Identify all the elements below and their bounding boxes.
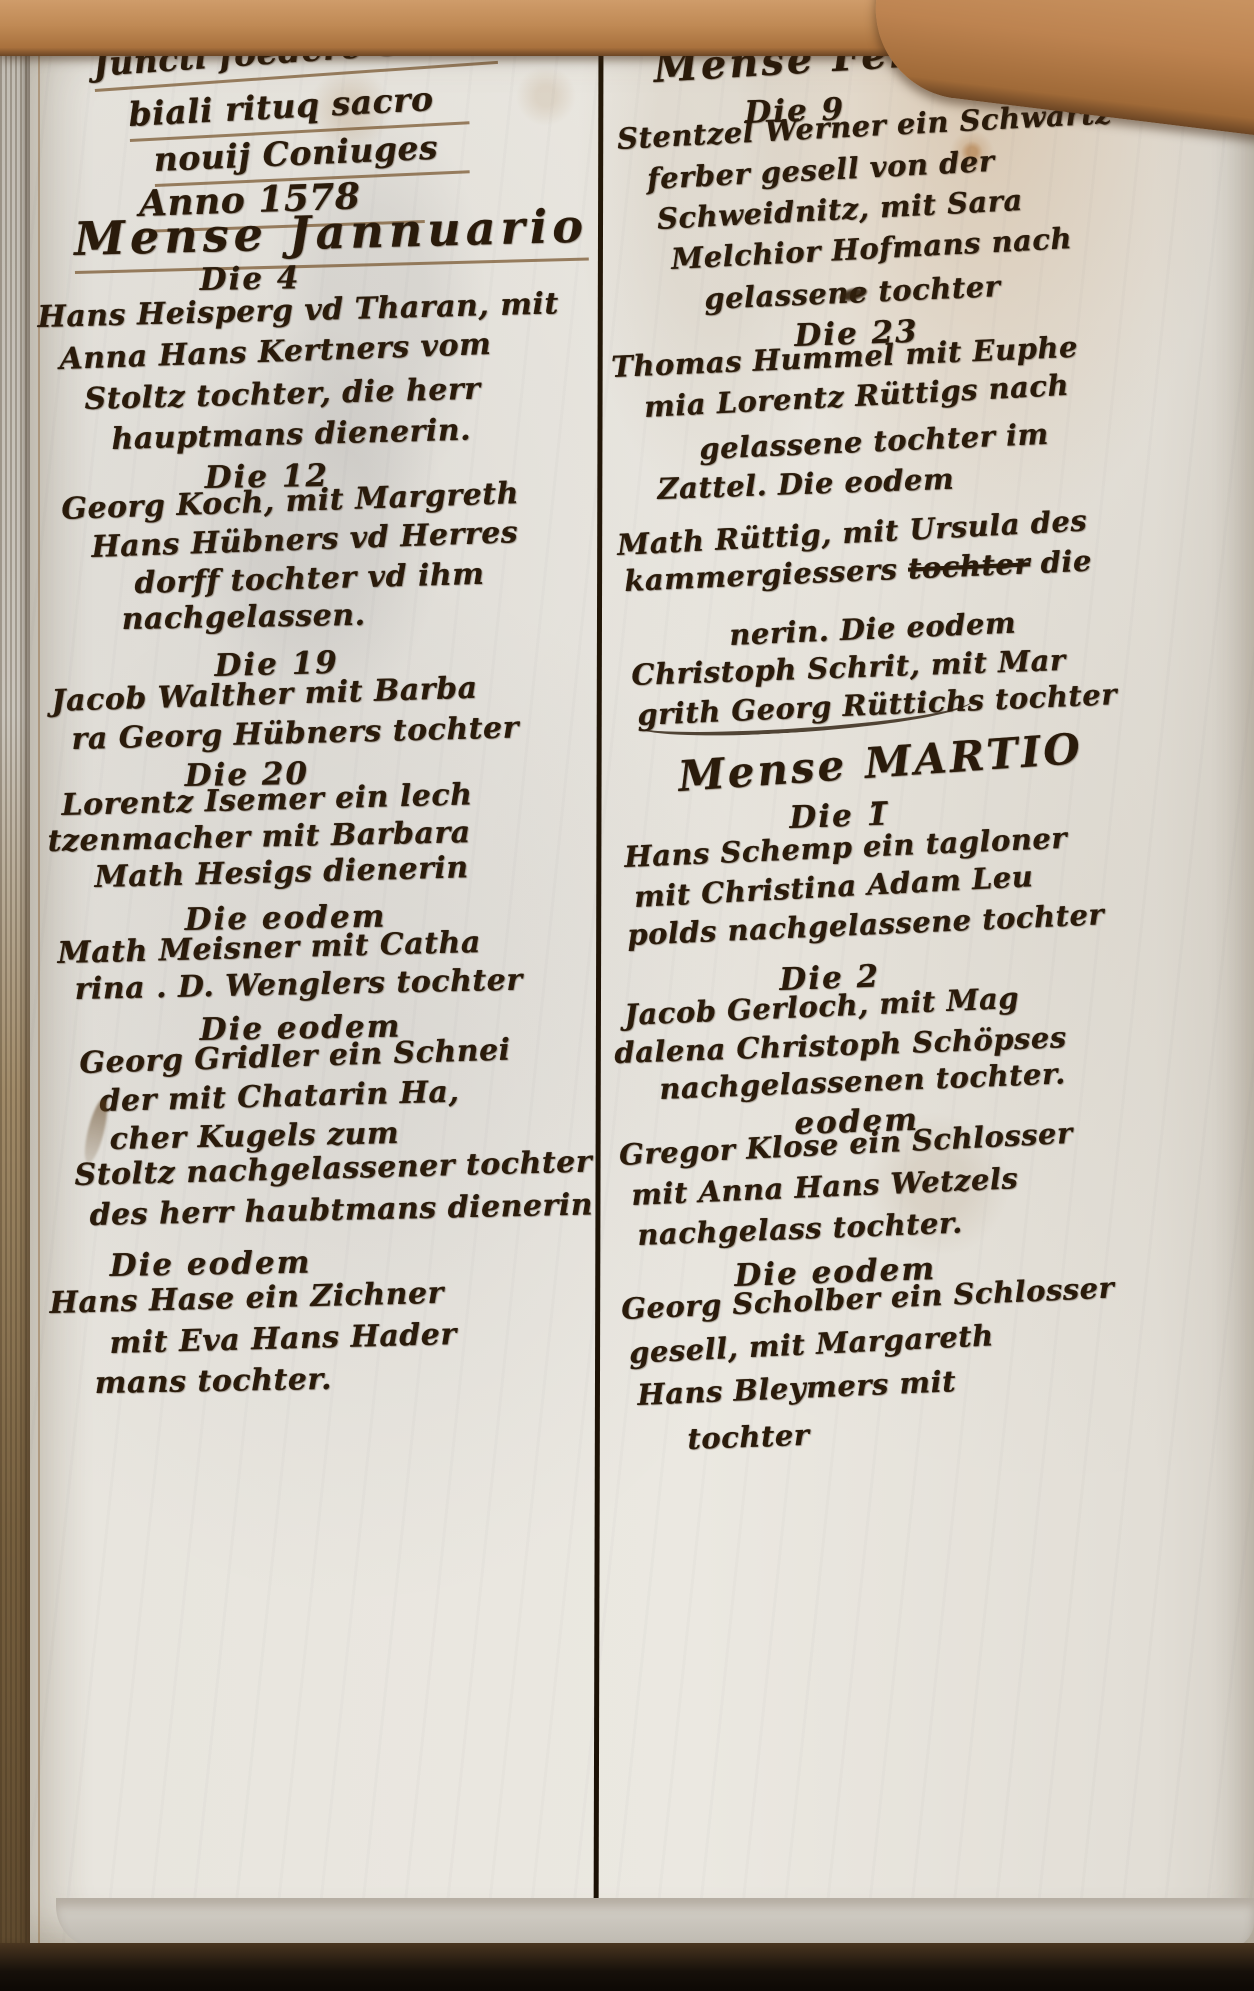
- book-cover-bottom-edge: [0, 1943, 1254, 1991]
- manuscript-line: dorff tochter vd ihm: [134, 557, 485, 601]
- manuscript-line: des herr haubtmans dienerin: [89, 1187, 593, 1233]
- manuscript-line: Jacob Walther mit Barba: [51, 671, 478, 719]
- manuscript-line: der mit Chatarin Ha,: [99, 1075, 460, 1119]
- manuscript-line: ra Georg Hübners tochter: [71, 710, 519, 757]
- manuscript-line: Zattel. Die eodem: [657, 462, 955, 506]
- manuscript-photo: Juncti foedere Connubiali rituq sacronou…: [0, 0, 1254, 1991]
- column-left-january: Juncti foedere Connubiali rituq sacronou…: [30, 30, 595, 1950]
- manuscript-line: mit Anna Hans Wetzels: [631, 1161, 1019, 1212]
- manuscript-line: nerin. Die eodem: [729, 606, 1017, 652]
- manuscript-line: hauptmans dienerin.: [111, 413, 471, 457]
- date-heading: Die 4: [199, 260, 300, 298]
- manuscript-line: Stoltz tochter, die herr: [84, 372, 481, 417]
- manuscript-line: mans tochter.: [94, 1362, 332, 1401]
- month-heading: Mense MARTIO: [677, 724, 1085, 801]
- manuscript-line: nachgelass tochter.: [637, 1206, 964, 1252]
- manuscript-line: Anna Hans Kertners vom: [59, 327, 492, 377]
- manuscript-line: Georg Gridler ein Schnei: [79, 1032, 511, 1081]
- manuscript-line: tochter: [687, 1418, 810, 1456]
- manuscript-line: Hans Hase ein Zichner: [49, 1276, 444, 1321]
- manuscript-line: gesell, mit Margareth: [628, 1318, 994, 1370]
- under-page-bottom-edge: [56, 1898, 1254, 1948]
- date-heading: Die eodem: [109, 1244, 311, 1284]
- month-heading: Mense Jannuario: [73, 199, 588, 274]
- manuscript-line: nachgelassen.: [121, 598, 365, 637]
- book-page-edges-left: [0, 52, 30, 1945]
- manuscript-line: rina . D. Wenglers tochter: [74, 963, 523, 1007]
- manuscript-line: gelassene tochter im: [699, 417, 1050, 466]
- manuscript-line: Math Hesigs dienerin: [94, 850, 469, 895]
- manuscript-line: mit Eva Hans Hader: [109, 1317, 457, 1361]
- column-right-february-march: Mense FebruarioDie 9Stentzel Werner ein …: [612, 30, 1254, 1950]
- manuscript-line: Hans Bleymers mit: [637, 1364, 957, 1412]
